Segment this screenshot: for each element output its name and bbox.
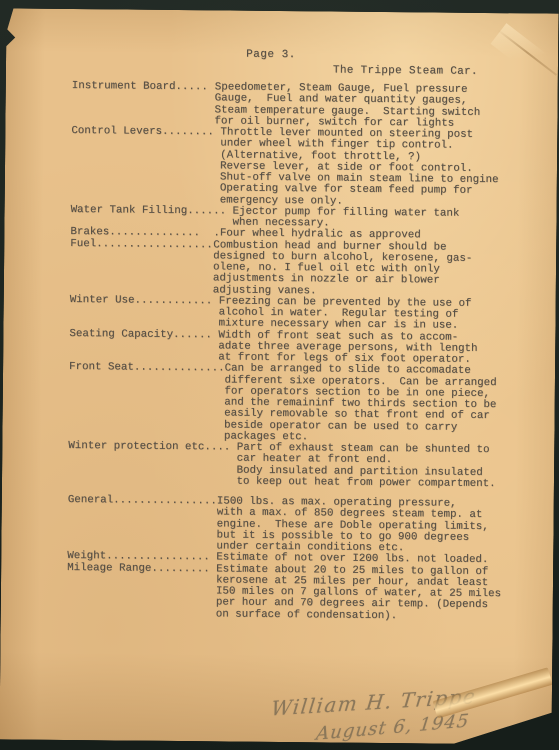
- spec-text: Throttle lever mounted on steering post …: [220, 127, 499, 208]
- spec-text: Speedometer, Steam Gauge, Fuel pressure …: [214, 82, 480, 130]
- spec-text: I500 lbs. as max. operating pressure, wi…: [216, 496, 489, 555]
- spec-label: Mileage Range.........: [67, 562, 216, 575]
- page-number: Page 3.: [246, 49, 296, 61]
- spec-label: Front Seat..............: [69, 362, 225, 375]
- scanned-page: Page 3. The Trippe Steam Car. Instrument…: [0, 8, 558, 744]
- spec-row-winter-protection: Winter protection etc.... Part of exhaus…: [68, 441, 538, 491]
- spec-row-front-seat: Front Seat..............Can be arranged …: [68, 362, 539, 445]
- spec-text: Can be arranged to slide to accomadate d…: [224, 364, 497, 445]
- spec-row-mileage-range: Mileage Range......... Estimate about 20…: [67, 562, 538, 623]
- spec-text: Width of front seat such as to accom- ad…: [218, 330, 477, 366]
- document-title: The Trippe Steam Car.: [333, 65, 478, 78]
- spec-label: General................: [68, 495, 217, 508]
- spec-text: Estimate about 20 to 25 miles to gallon …: [216, 564, 502, 623]
- spec-label: Control Levers........: [71, 126, 220, 139]
- spec-list: Instrument Board..... Speedometer, Steam…: [67, 81, 542, 623]
- spec-row-control-levers: Control Levers........ Throttle lever mo…: [71, 126, 542, 209]
- spec-text: Part of exhaust steam can be shunted to …: [236, 443, 496, 490]
- spec-label: Winter Use............: [70, 295, 219, 308]
- spec-label: Fuel..................: [70, 238, 213, 251]
- spec-label: Water Tank Filling......: [71, 205, 233, 218]
- spec-row-fuel: Fuel..................Combustion head an…: [70, 238, 541, 299]
- spec-text: Freezing can be prevented by the use of …: [218, 296, 471, 332]
- spec-row-instrument-board: Instrument Board..... Speedometer, Steam…: [71, 81, 541, 131]
- spec-text: Combustion head and burner should be des…: [213, 240, 473, 299]
- spec-label: Winter protection etc....: [68, 441, 237, 454]
- spec-row-general: General................I500 lbs. as max.…: [67, 495, 538, 556]
- spec-label: Instrument Board.....: [72, 81, 215, 94]
- spec-row-winter-use: Winter Use............ Freezing can be p…: [69, 295, 539, 333]
- spec-label: Seating Capacity......: [69, 328, 218, 341]
